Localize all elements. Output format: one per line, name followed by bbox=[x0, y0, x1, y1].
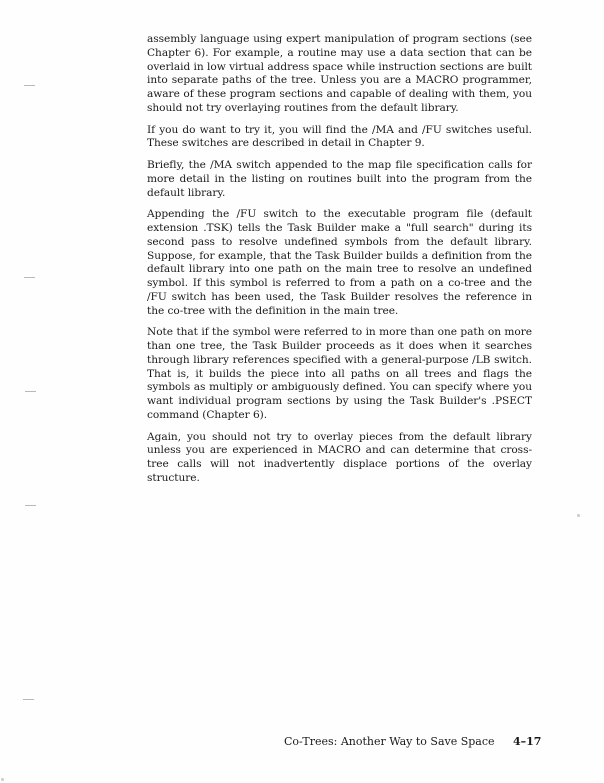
margin-mark bbox=[25, 391, 36, 392]
margin-mark bbox=[23, 699, 34, 700]
paragraph: Briefly, the /MA switch appended to the … bbox=[147, 159, 532, 200]
footer-section-title: Co-Trees: Another Way to Save Space bbox=[284, 735, 495, 748]
paragraph: Appending the /FU switch to the executab… bbox=[147, 208, 532, 318]
scan-speck bbox=[1, 778, 4, 781]
paragraph: assembly language using expert manipulat… bbox=[147, 33, 532, 116]
margin-mark bbox=[25, 505, 36, 506]
scan-speck bbox=[577, 514, 580, 517]
margin-mark bbox=[24, 277, 35, 278]
page-number: 4–17 bbox=[513, 735, 541, 748]
body-text: assembly language using expert manipulat… bbox=[147, 33, 532, 494]
paragraph: If you do want to try it, you will find … bbox=[147, 124, 532, 152]
paragraph: Again, you should not try to overlay pie… bbox=[147, 431, 532, 486]
margin-mark bbox=[24, 85, 35, 86]
paragraph: Note that if the symbol were referred to… bbox=[147, 326, 532, 422]
document-page: assembly language using expert manipulat… bbox=[0, 0, 604, 783]
